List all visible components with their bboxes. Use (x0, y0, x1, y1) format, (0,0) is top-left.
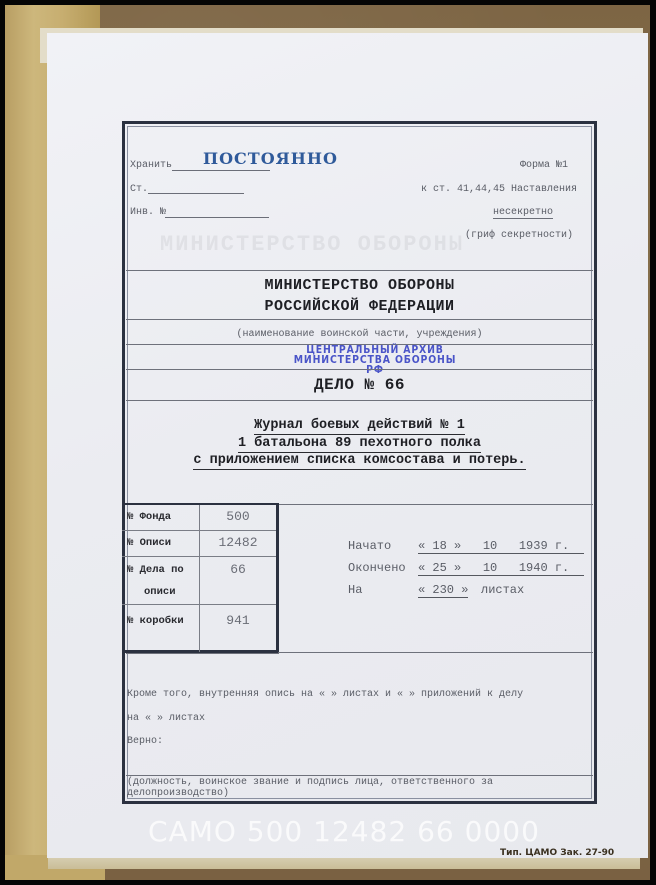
divider (126, 270, 593, 271)
ministry-line-2: РОССИЙСКОЙ ФЕДЕРАЦИИ (126, 298, 593, 315)
inventory-underline (165, 217, 269, 218)
unit-caption: (наименование воинской части, учреждения… (126, 329, 593, 340)
table-row: № Фонда 500 (122, 505, 276, 531)
keep-label: Хранить (130, 160, 172, 171)
sheets-count: « 230 » (418, 583, 468, 598)
case-title: ДЕЛО № 66 (126, 376, 593, 394)
responsible-caption-line-2: делопроизводство) (127, 788, 229, 799)
form-number: Форма №1 (520, 160, 568, 171)
inventory-number-label: Инв. № (130, 207, 166, 218)
started-label: Начато (348, 539, 391, 553)
secrecy-caption: (гриф секретности) (465, 230, 573, 241)
delo-label: № Дела по (127, 564, 184, 576)
divider (126, 775, 593, 776)
table-row: № Дела по описи 66 (122, 557, 276, 605)
article-label: Ст. (130, 184, 148, 195)
sheets-label: На (348, 583, 362, 597)
started-date: « 18 » 10 1939 г. (418, 539, 584, 554)
opis-value: 12482 (200, 535, 276, 550)
fond-value: 500 (200, 509, 276, 524)
inventory-note-line-2: на « » листах (127, 713, 205, 724)
box-value: 941 (200, 613, 276, 628)
secrecy-value: несекретно (493, 207, 553, 219)
archive-reference-table: № Фонда 500 № Описи 12482 № Дела по опис… (122, 503, 279, 653)
delo-label-2: описи (144, 586, 176, 598)
archive-stamp-line-2: МИНИСТЕРСТВА ОБОРОНЫ РФ (290, 355, 460, 375)
fond-label: № Фонда (127, 511, 171, 523)
divider (126, 400, 593, 401)
case-description-line-1: Журнал боевых действий № 1 (126, 418, 593, 433)
inventory-note-line-1: Кроме того, внутренняя опись на « » лист… (127, 689, 523, 700)
central-archive-stamp: ЦЕНТРАЛЬНЫЙ АРХИВ МИНИСТЕРСТВА ОБОРОНЫ Р… (290, 345, 460, 375)
article-reference: к ст. 41,44,45 Наставления (421, 184, 577, 195)
divider (126, 653, 279, 654)
case-description-line-3: с приложением списка комсостава и потерь… (126, 453, 593, 468)
divider (278, 652, 593, 653)
ministry-line-1: МИНИСТЕРСТВО ОБОРОНЫ (126, 277, 593, 294)
keep-underline (172, 170, 270, 171)
case-description-line-2: 1 батальона 89 пехотного полка (126, 436, 593, 451)
article-underline (148, 193, 244, 194)
verified-label: Верно: (127, 736, 163, 747)
ended-label: Окончено (348, 561, 406, 575)
sheets-unit: листах (481, 583, 524, 597)
table-row: № Описи 12482 (122, 531, 276, 557)
print-mark: Тип. ЦАМО Зак. 27-90 (500, 848, 614, 858)
box-label: № коробки (127, 615, 184, 627)
opis-label: № Описи (127, 537, 171, 549)
permanent-stamp: ПОСТОЯННО (203, 149, 338, 168)
divider (278, 504, 593, 505)
ended-date: « 25 » 10 1940 г. (418, 561, 584, 576)
archive-watermark: CAMO 500 12482 66 0000 (148, 815, 540, 848)
table-row: № коробки 941 (122, 605, 276, 652)
divider (126, 319, 593, 320)
divider (126, 369, 593, 370)
delo-value: 66 (200, 562, 276, 577)
responsible-caption-line-1: (должность, воинское звание и подпись ли… (127, 777, 493, 788)
